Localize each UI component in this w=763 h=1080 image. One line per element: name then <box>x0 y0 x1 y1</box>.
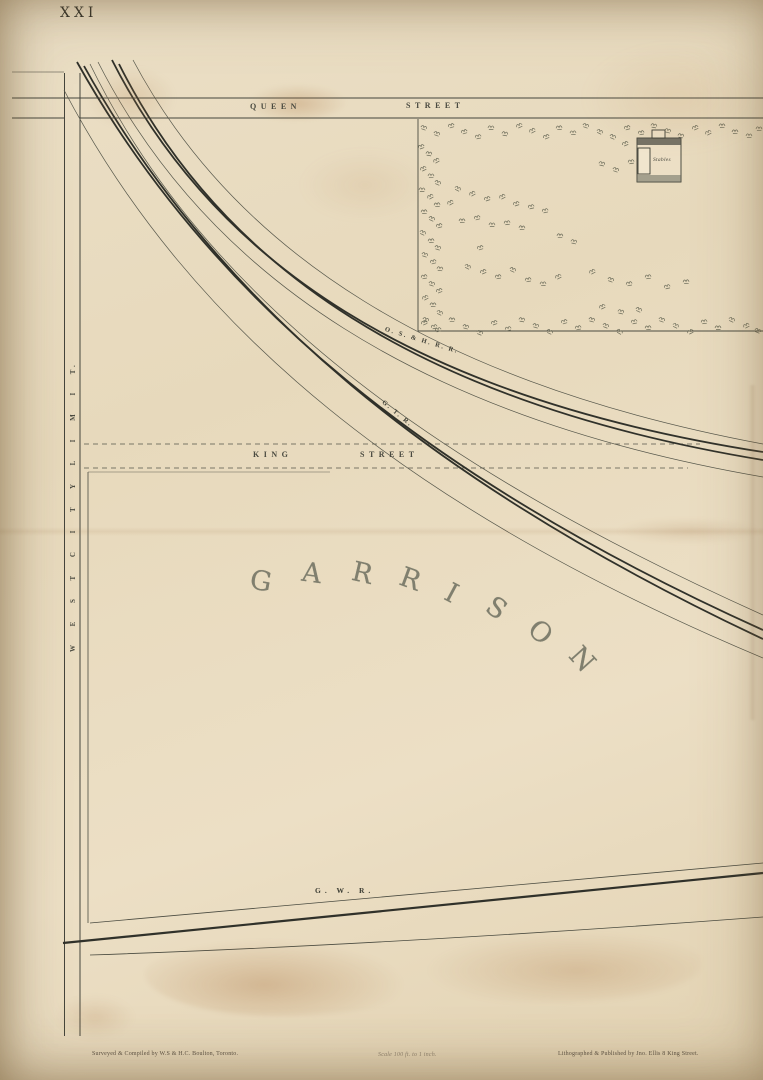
queen-street-label-right: STREET <box>406 101 465 110</box>
garrison-letter: A <box>300 557 324 590</box>
inset-parcel-border <box>418 119 763 331</box>
gwr-track <box>63 873 763 943</box>
queen-street-label-left: QUEEN <box>250 102 301 111</box>
king-street-label-right: STREET <box>360 450 419 459</box>
footer-publisher-credit: Lithographed & Published by Jno. Ellis 8… <box>558 1051 699 1057</box>
inset-building <box>637 130 681 182</box>
building-annex <box>638 148 650 174</box>
oshrr-track <box>112 60 763 452</box>
footer-scale-note: Scale 100 ft. to 1 inch. <box>378 1052 437 1058</box>
map-canvas <box>0 0 763 1080</box>
plate-number: XXI <box>60 5 97 21</box>
tree-symbols <box>418 123 762 336</box>
building-chimney <box>652 130 665 138</box>
queen-street-lines <box>12 72 763 118</box>
inset-building-label: Stables <box>653 157 671 163</box>
king-street-label-left: KING <box>253 450 292 459</box>
map-sheet: XXI QUEEN STREET KING STREET O. S. & H. … <box>0 0 763 1080</box>
west-city-limit-label: W E S T C I T Y L I M I T. <box>69 362 77 652</box>
footer-surveyor-credit: Surveyed & Compiled by W.S & H.C. Boulto… <box>92 1051 238 1057</box>
gwr-railway-label: G. W. R. <box>315 886 374 895</box>
